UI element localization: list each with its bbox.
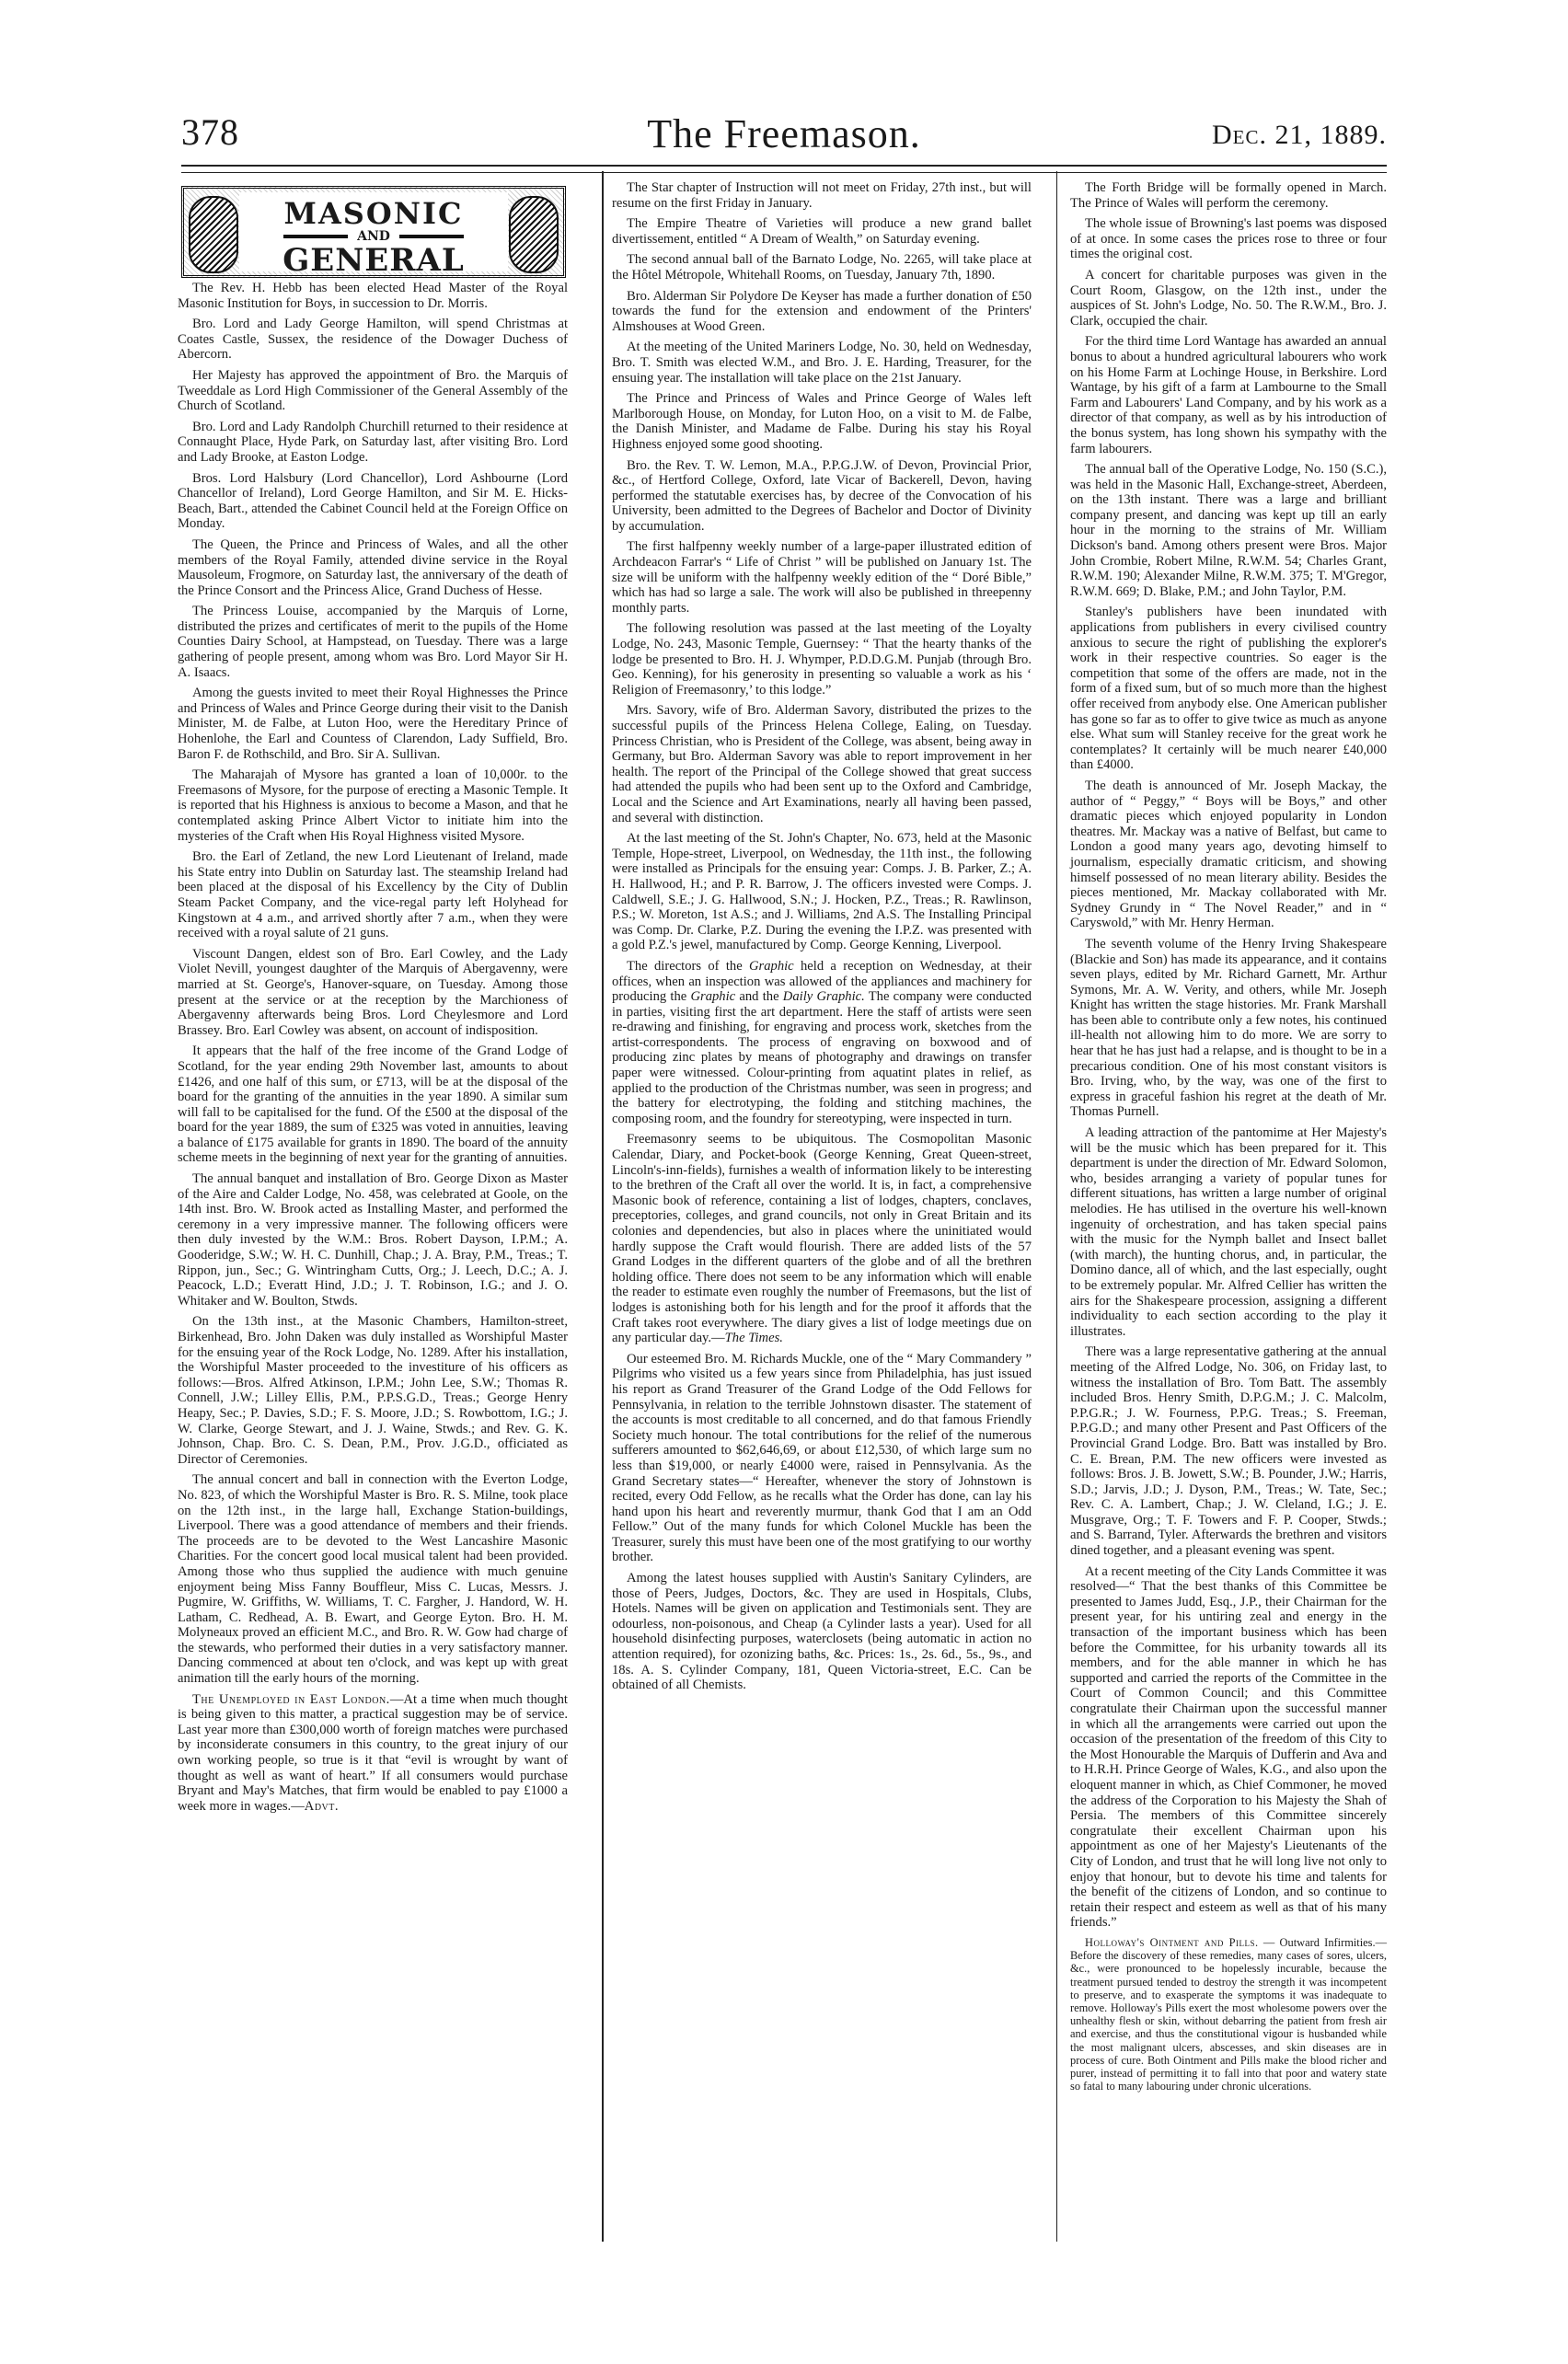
advertisement-holloway: Holloway's Ointment and Pills. — Outward…	[1070, 1936, 1387, 2093]
advert-tag: Advt.	[305, 1799, 339, 1814]
left-column: The Rev. H. Hebb has been elected Head M…	[178, 281, 568, 1819]
news-item: Bro. Lord and Lady George Hamilton, will…	[178, 317, 568, 363]
news-item: The Rev. H. Hebb has been elected Head M…	[178, 281, 568, 311]
banner-text-area: MASONIC AND GENERAL TIDINGS	[239, 192, 508, 271]
news-item: Bro. Alderman Sir Polydore De Keyser has…	[612, 289, 1032, 335]
news-item: Bro. the Earl of Zetland, the new Lord L…	[178, 849, 568, 941]
middle-column: The Star chapter of Instruction will not…	[612, 180, 1032, 1699]
news-item: The annual banquet and installation of B…	[178, 1171, 568, 1309]
issue-date: Dec. 21, 1889.	[1212, 120, 1387, 151]
masonic-ornament-icon	[189, 196, 238, 273]
advert-heading: The Unemployed in East London.	[192, 1692, 390, 1707]
publication-name: Graphic	[749, 959, 794, 974]
news-item: The annual ball of the Operative Lodge, …	[1070, 462, 1387, 599]
news-item: Our esteemed Bro. M. Richards Muckle, on…	[612, 1352, 1032, 1565]
source-attribution: The Times.	[725, 1331, 783, 1345]
news-item: At a recent meeting of the City Lands Co…	[1070, 1564, 1387, 1931]
news-item: It appears that the half of the free inc…	[178, 1044, 568, 1166]
news-item: For the third time Lord Wantage has awar…	[1070, 334, 1387, 456]
news-item: The Maharajah of Mysore has granted a lo…	[178, 767, 568, 844]
news-item: The Star chapter of Instruction will not…	[612, 180, 1032, 211]
news-item: The Forth Bridge will be formally opened…	[1070, 180, 1387, 211]
news-item: There was a large representative gatheri…	[1070, 1344, 1387, 1558]
news-item: The annual concert and ball in connectio…	[178, 1472, 568, 1686]
news-item: The Queen, the Prince and Princess of Wa…	[178, 537, 568, 598]
news-item: Among the guests invited to meet their R…	[178, 686, 568, 762]
news-item: The death is announced of Mr. Joseph Mac…	[1070, 778, 1387, 931]
news-item: The whole issue of Browning's last poems…	[1070, 216, 1387, 262]
news-item: The following resolution was passed at t…	[612, 621, 1032, 698]
masthead: 378 The Freemason. Dec. 21, 1889.	[181, 110, 1387, 164]
news-item: On the 13th inst., at the Masonic Chambe…	[178, 1314, 568, 1467]
news-item: A concert for charitable purposes was gi…	[1070, 268, 1387, 329]
column-divider	[602, 171, 604, 2242]
news-item: Her Majesty has approved the appointment…	[178, 368, 568, 414]
news-item: Stanley's publishers have been inundated…	[1070, 605, 1387, 773]
masonic-ornament-icon	[509, 196, 559, 273]
advert-body: —At a time when much thought is being gi…	[178, 1692, 568, 1814]
news-item: The Prince and Princess of Wales and Pri…	[612, 391, 1032, 452]
publication-name: Graphic	[691, 989, 736, 1004]
text-run: The company were conducted in parties, v…	[612, 989, 1032, 1126]
paper-title: The Freemason.	[181, 110, 1387, 157]
banner-line-general-tidings: GENERAL TIDINGS	[239, 242, 508, 278]
masonic-tidings-banner: MASONIC AND GENERAL TIDINGS	[181, 186, 566, 278]
news-item: The Princess Louise, accompanied by the …	[178, 604, 568, 680]
news-item: Mrs. Savory, wife of Bro. Alderman Savor…	[612, 703, 1032, 825]
news-item: Bros. Lord Halsbury (Lord Chancellor), L…	[178, 471, 568, 532]
text-run: Freemasonry seems to be ubiquitous. The …	[612, 1132, 1032, 1345]
banner-line-masonic: MASONIC	[239, 196, 508, 231]
publication-name: Daily Graphic.	[783, 989, 865, 1004]
news-item: A leading attraction of the pantomime at…	[1070, 1125, 1387, 1339]
news-item: The seventh volume of the Henry Irving S…	[1070, 937, 1387, 1120]
news-item: Bro. the Rev. T. W. Lemon, M.A., P.P.G.J…	[612, 458, 1032, 535]
advertisement-matches: The Unemployed in East London.—At a time…	[178, 1692, 568, 1815]
masthead-rule-thin	[181, 172, 1387, 173]
column-divider	[1056, 171, 1057, 2242]
news-item: Bro. Lord and Lady Randolph Churchill re…	[178, 420, 568, 466]
news-item: At the last meeting of the St. John's Ch…	[612, 831, 1032, 953]
news-item: Viscount Dangen, eldest son of Bro. Earl…	[178, 947, 568, 1039]
news-item: The first halfpenny weekly number of a l…	[612, 539, 1032, 616]
masthead-rule	[181, 165, 1387, 167]
advertisement-cylinders: Among the latest houses supplied with Au…	[612, 1571, 1032, 1693]
advert-body: — Outward Infirmities.—Before the discov…	[1070, 1936, 1387, 2093]
news-item-times: Freemasonry seems to be ubiquitous. The …	[612, 1132, 1032, 1345]
news-item-graphic: The directors of the Graphic held a rece…	[612, 959, 1032, 1127]
news-item: The second annual ball of the Barnato Lo…	[612, 252, 1032, 283]
text-run: and the	[735, 989, 783, 1004]
advert-heading: Holloway's Ointment and Pills.	[1085, 1936, 1259, 1949]
text-run: The directors of the	[627, 959, 749, 974]
right-column: The Forth Bridge will be formally opened…	[1070, 180, 1387, 2098]
news-item: The Empire Theatre of Varieties will pro…	[612, 216, 1032, 247]
news-item: At the meeting of the United Mariners Lo…	[612, 340, 1032, 386]
